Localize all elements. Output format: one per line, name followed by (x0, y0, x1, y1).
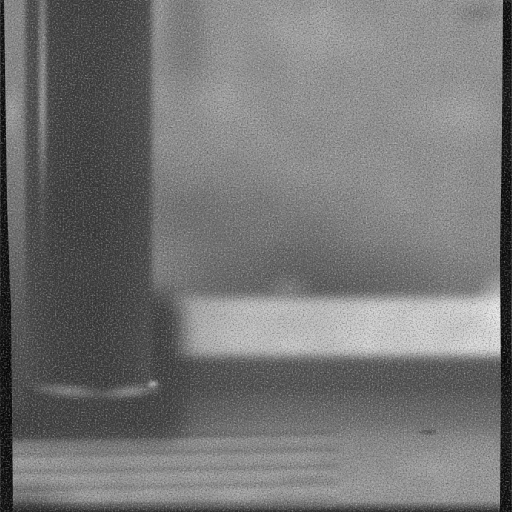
shadow-band (0, 338, 512, 438)
light-streak-wisp (255, 268, 325, 308)
scan-border-right (496, 0, 512, 512)
ground-mottling (0, 0, 512, 512)
ground-layer (0, 392, 512, 512)
pillar (20, 0, 152, 386)
pillar-base-shadow (0, 292, 184, 440)
bottom-edge-shade (0, 501, 512, 512)
grain-white-speckles (0, 0, 512, 512)
pillar-right-shadow-wisp (168, 0, 202, 139)
dark-haze-layer (0, 0, 512, 512)
pillar-seam-highlight (39, 0, 46, 281)
sky-cloud-patches (0, 0, 512, 512)
left-gap-strip (2, 0, 25, 410)
pillar-base-bright-dot (146, 379, 160, 389)
grain-dark-speckles (0, 0, 512, 512)
pillar-base-curve-left (25, 379, 110, 402)
vintage-photograph (0, 0, 512, 512)
pillar-base-curve-right (93, 380, 166, 402)
light-flare-right (440, 250, 512, 360)
grain-blotches (0, 0, 512, 512)
light-streak (150, 298, 512, 356)
film-grain-overlay (0, 0, 512, 512)
sky-layer (0, 0, 512, 512)
scan-border-left (0, 0, 14, 512)
ground-streaks (8, 430, 338, 510)
